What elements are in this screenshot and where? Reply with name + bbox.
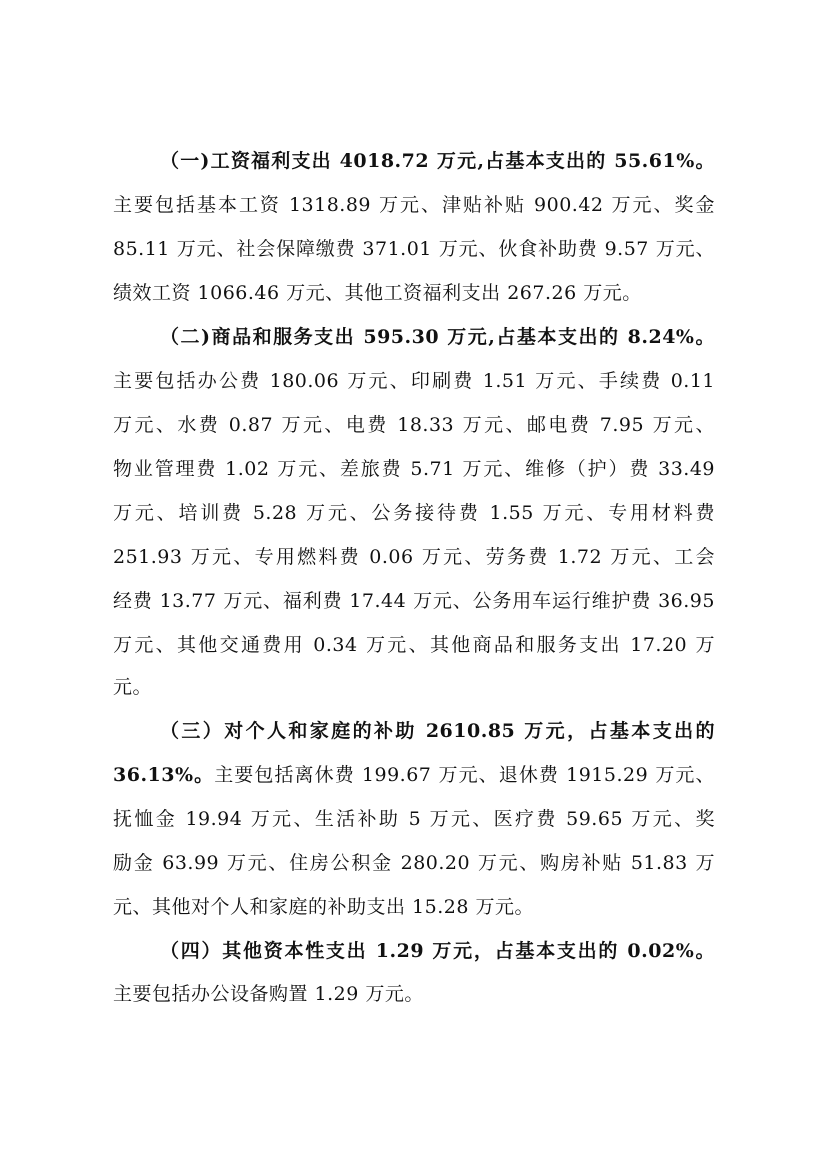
section-3-line-4: 元、其他对个人和家庭的补助支出 15.28 万元。 [113, 892, 715, 922]
section-4-heading: （四）其他资本性支出 1.29 万元，占基本支出的 0.02%。 [160, 936, 715, 966]
section-1-line-1: 主要包括基本工资 1318.89 万元、津贴补贴 900.42 万元、奖金 [113, 190, 715, 220]
section-2-line-7: 万元、其他交通费用 0.34 万元、其他商品和服务支出 17.20 万 [113, 630, 715, 660]
document-page: （一)工资福利支出 4018.72 万元,占基本支出的 55.61%。 主要包括… [0, 0, 827, 1169]
section-2-line-3: 物业管理费 1.02 万元、差旅费 5.71 万元、维修（护）费 33.49 [113, 454, 715, 484]
section-2-line-2: 万元、水费 0.87 万元、电费 18.33 万元、邮电费 7.95 万元、 [113, 410, 715, 440]
section-2-heading: （二)商品和服务支出 595.30 万元,占基本支出的 8.24%。 [160, 322, 715, 352]
section-2-line-5: 251.93 万元、专用燃料费 0.06 万元、劳务费 1.72 万元、工会 [113, 542, 715, 572]
section-2-line-4: 万元、培训费 5.28 万元、公务接待费 1.55 万元、专用材料费 [113, 498, 715, 528]
section-1-heading: （一)工资福利支出 4018.72 万元,占基本支出的 55.61%。 [160, 146, 715, 176]
section-3-line-1: 36.13%。主要包括离休费 199.67 万元、退休费 1915.29 万元、 [113, 760, 715, 790]
section-3-line-1-text: 主要包括离休费 199.67 万元、退休费 1915.29 万元、 [214, 764, 715, 786]
section-3-heading-continuation: 36.13%。 [113, 764, 214, 786]
section-3-line-2: 抚恤金 19.94 万元、生活补助 5 万元、医疗费 59.65 万元、奖 [113, 804, 715, 834]
section-1-line-2: 85.11 万元、社会保障缴费 371.01 万元、伙食补助费 9.57 万元、 [113, 234, 715, 264]
section-3-line-3: 励金 63.99 万元、住房公积金 280.20 万元、购房补贴 51.83 万 [113, 848, 715, 878]
section-1-line-3: 绩效工资 1066.46 万元、其他工资福利支出 267.26 万元。 [113, 278, 715, 308]
section-4-line-1: 主要包括办公设备购置 1.29 万元。 [113, 979, 715, 1009]
section-2-line-6: 经费 13.77 万元、福利费 17.44 万元、公务用车运行维护费 36.95 [113, 586, 715, 616]
section-2-line-1: 主要包括办公费 180.06 万元、印刷费 1.51 万元、手续费 0.11 [113, 366, 715, 396]
section-2-line-8: 元。 [113, 672, 715, 702]
section-3-heading: （三）对个人和家庭的补助 2610.85 万元，占基本支出的 [160, 716, 715, 746]
